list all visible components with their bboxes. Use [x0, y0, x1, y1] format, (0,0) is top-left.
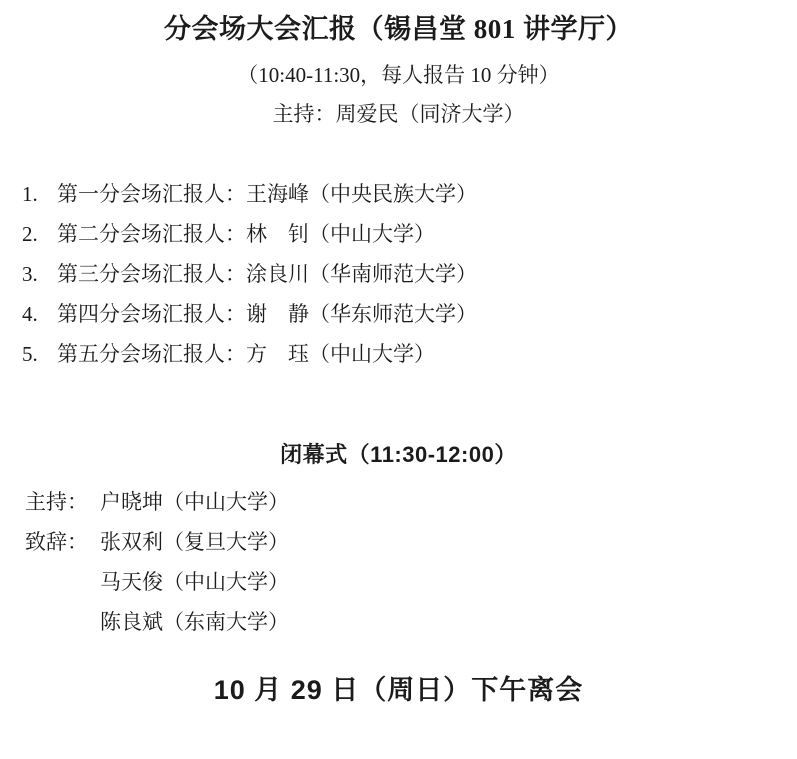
list-item-number: 3.	[22, 254, 57, 294]
page-title: 分会场大会汇报（锡昌堂 801 讲学厅）	[0, 13, 797, 45]
closing-row-value: 户晓坤（中山大学）	[100, 490, 289, 514]
closing-row: 致辞：张双利（复旦大学）	[25, 522, 797, 562]
closing-row-label: 主持：	[25, 482, 100, 522]
closing-ceremony-heading: 闭幕式（11:30-12:00）	[0, 440, 797, 470]
list-item: 1.第一分会场汇报人：王海峰（中央民族大学）	[22, 174, 797, 214]
session-host-line: 主持：周爱民（同济大学）	[0, 101, 797, 127]
closing-row-value: 马天俊（中山大学）	[100, 570, 289, 594]
list-item: 5.第五分会场汇报人：方 珏（中山大学）	[22, 334, 797, 374]
closing-row-value: 张双利（复旦大学）	[100, 530, 289, 554]
conference-program-page: 分会场大会汇报（锡昌堂 801 讲学厅） （10:40-11:30，每人报告 1…	[0, 0, 797, 759]
departure-date-line: 10 月 29 日（周日）下午离会	[0, 670, 797, 710]
list-item-number: 1.	[22, 174, 57, 214]
closing-row: 主持：户晓坤（中山大学）	[25, 482, 797, 522]
list-item-number: 5.	[22, 334, 57, 374]
closing-row-value: 陈良斌（东南大学）	[100, 610, 289, 634]
session-time-subtitle: （10:40-11:30，每人报告 10 分钟）	[0, 62, 797, 88]
list-item-text: 第三分会场汇报人：涂良川（华南师范大学）	[57, 262, 477, 286]
list-item-text: 第二分会场汇报人：林 钊（中山大学）	[57, 222, 435, 246]
list-item: 4.第四分会场汇报人：谢 静（华东师范大学）	[22, 294, 797, 334]
closing-row: 陈良斌（东南大学）	[25, 602, 797, 642]
list-item-number: 4.	[22, 294, 57, 334]
closing-ceremony-rows: 主持：户晓坤（中山大学） 致辞：张双利（复旦大学） 马天俊（中山大学） 陈良斌（…	[25, 482, 797, 642]
closing-row-label: 致辞：	[25, 522, 100, 562]
list-item-text: 第五分会场汇报人：方 珏（中山大学）	[57, 342, 435, 366]
list-item-number: 2.	[22, 214, 57, 254]
report-list: 1.第一分会场汇报人：王海峰（中央民族大学） 2.第二分会场汇报人：林 钊（中山…	[22, 174, 797, 374]
closing-row: 马天俊（中山大学）	[25, 562, 797, 602]
list-item: 3.第三分会场汇报人：涂良川（华南师范大学）	[22, 254, 797, 294]
list-item-text: 第一分会场汇报人：王海峰（中央民族大学）	[57, 182, 477, 206]
list-item: 2.第二分会场汇报人：林 钊（中山大学）	[22, 214, 797, 254]
list-item-text: 第四分会场汇报人：谢 静（华东师范大学）	[57, 302, 477, 326]
